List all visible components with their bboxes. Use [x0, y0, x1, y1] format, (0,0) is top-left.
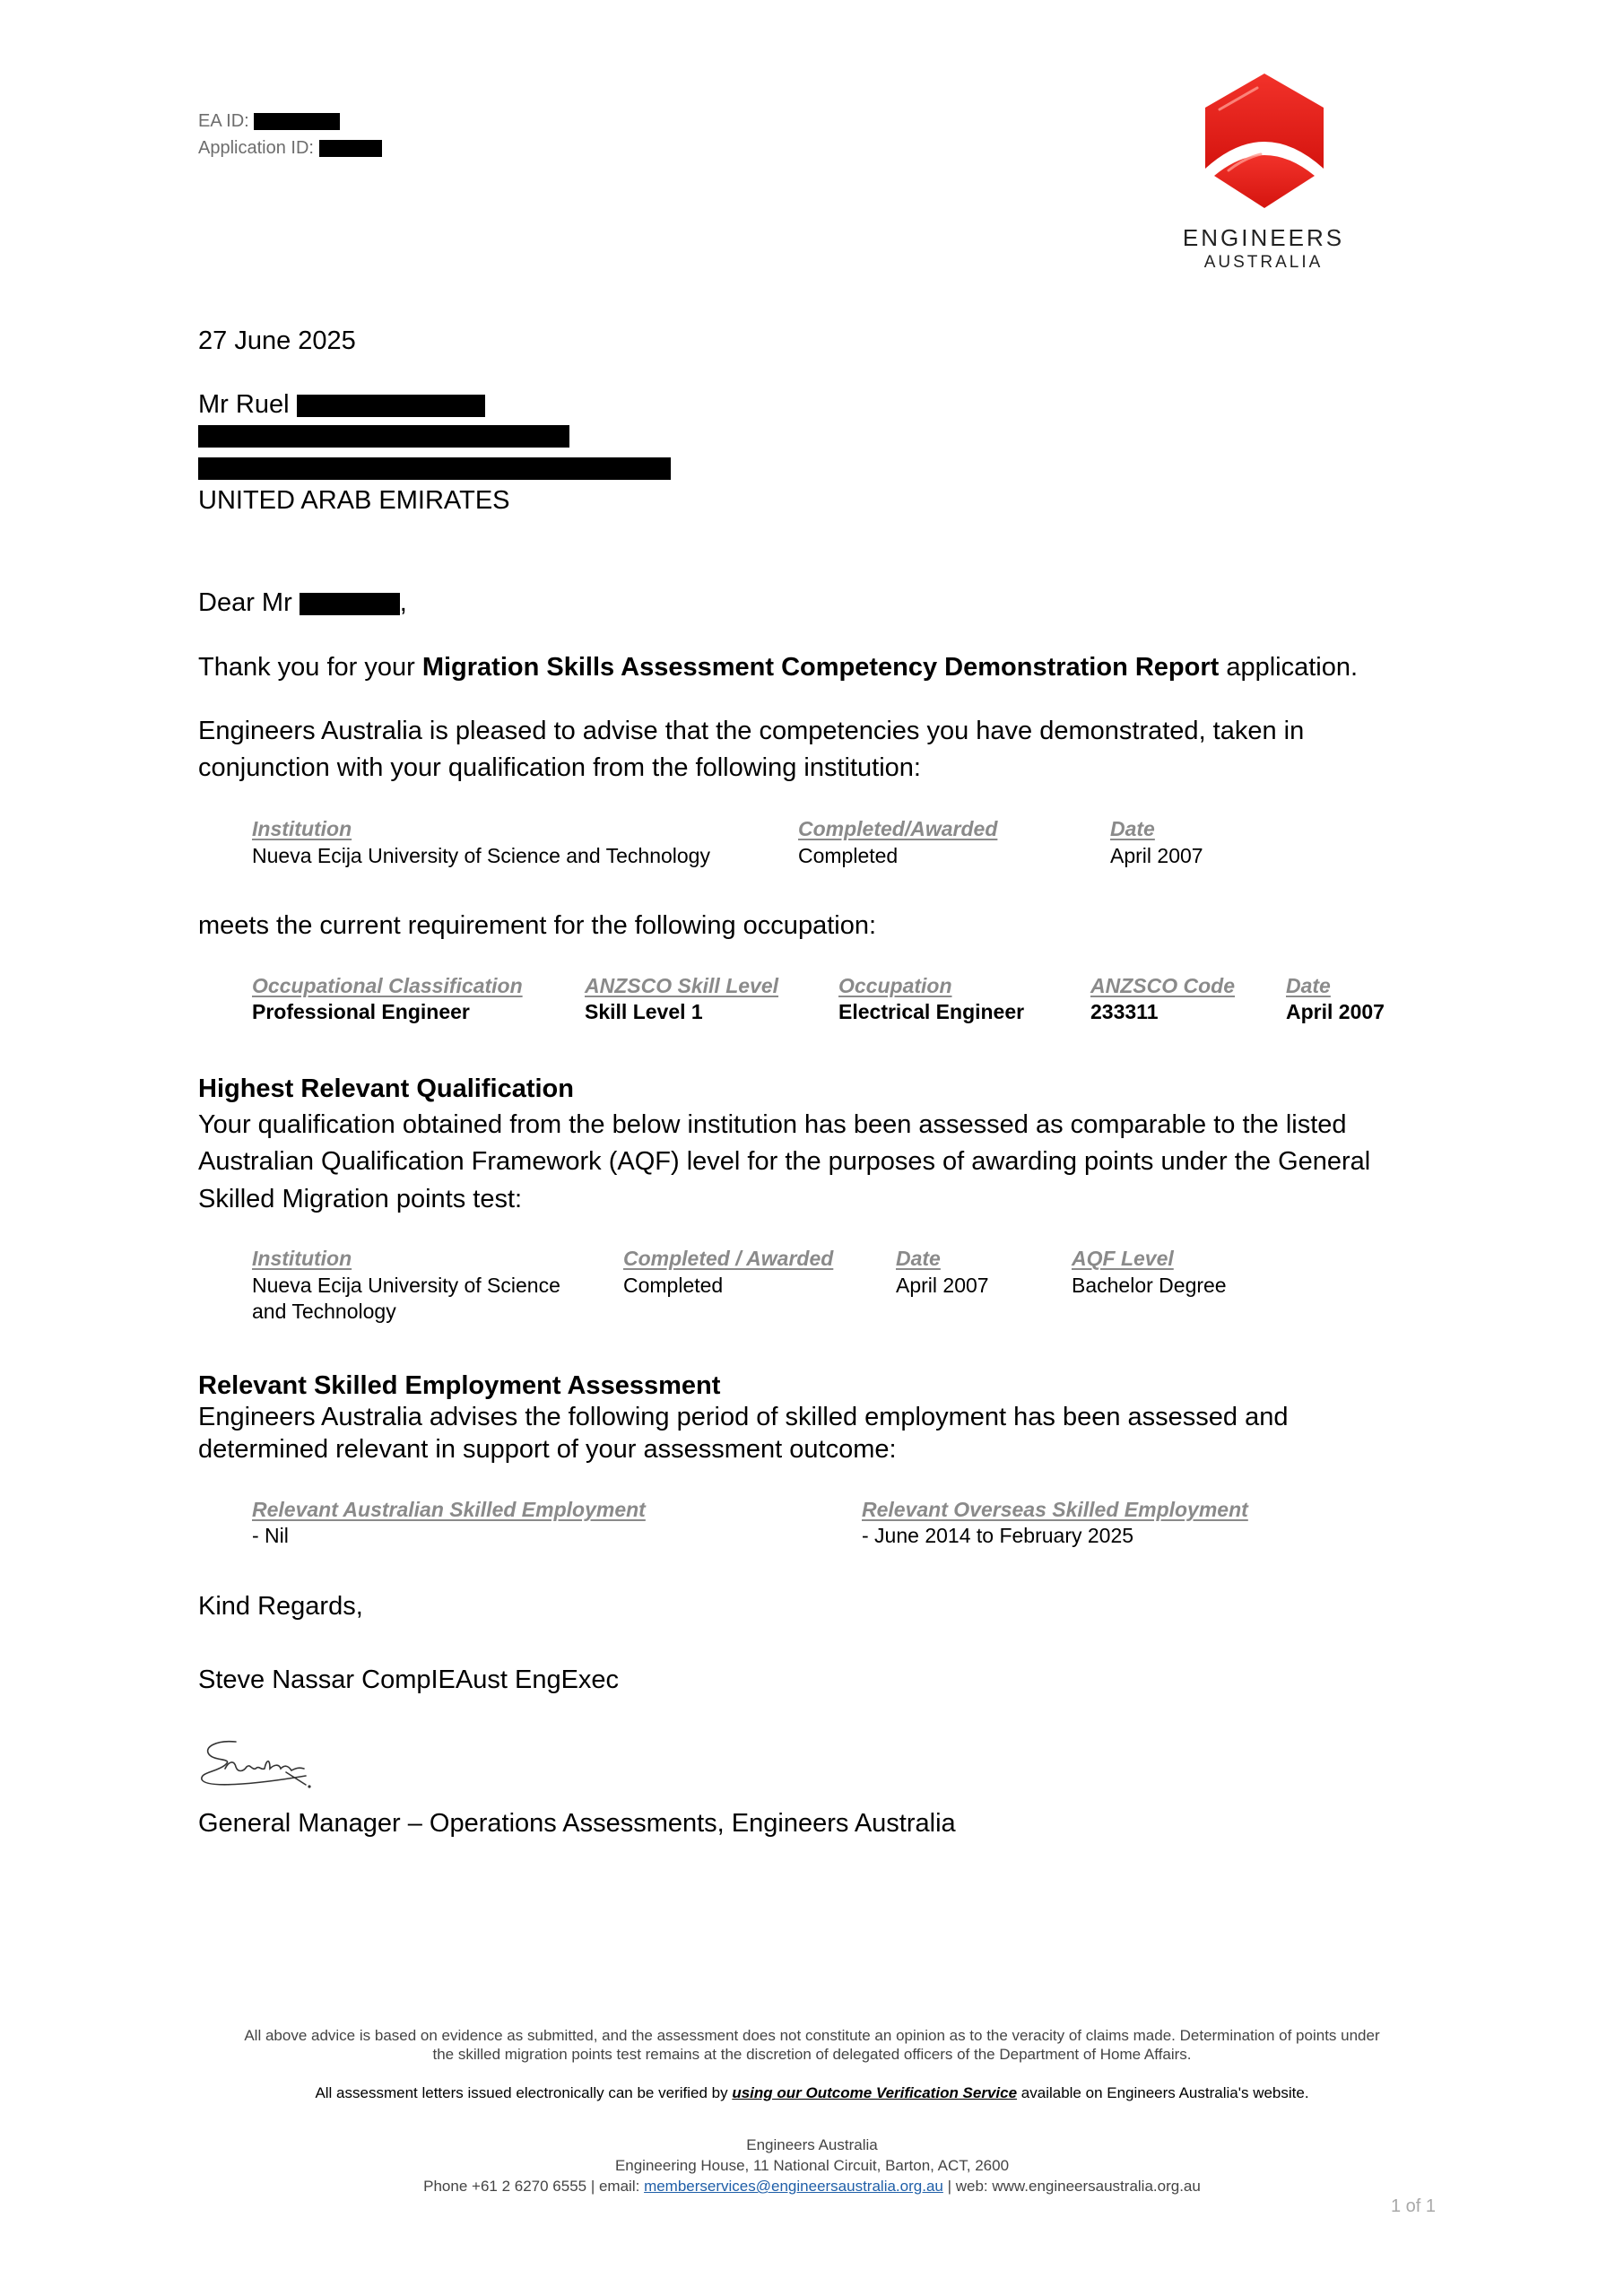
- hrq-institution-line1: Nueva Ecija University of Science: [252, 1273, 560, 1299]
- verification-note: All assessment letters issued electronic…: [0, 2084, 1624, 2102]
- logo-wordmark-australia: AUSTRALIA: [1204, 253, 1324, 273]
- redacted-ea-id: [254, 113, 340, 130]
- col-header-completed: Completed/Awarded: [798, 817, 997, 841]
- occupation-date: April 2007: [1286, 999, 1385, 1025]
- skill-level: Skill Level 1: [585, 999, 703, 1025]
- recipient-name: Mr Ruel: [198, 390, 290, 419]
- col-header-occupation: Occupation: [838, 974, 952, 998]
- paragraph-line: Engineers Australia advises the followin…: [198, 1402, 1289, 1432]
- footer-address: Engineering House, 11 National Circuit, …: [0, 2157, 1624, 2175]
- closing: Kind Regards,: [198, 1591, 363, 1622]
- col-header-australian-employment: Relevant Australian Skilled Employment: [252, 1498, 646, 1522]
- engineers-australia-logo-icon: [1202, 72, 1327, 211]
- salutation-suffix: ,: [400, 588, 407, 617]
- page-number: 1 of 1: [1391, 2196, 1436, 2217]
- paragraph-line: determined relevant in support of your a…: [198, 1434, 897, 1465]
- meets-requirement-text: meets the current requirement for the fo…: [198, 910, 876, 941]
- salutation: Dear Mr ,: [198, 587, 407, 618]
- institution-name: Nueva Ecija University of Science and Te…: [252, 843, 710, 869]
- disclaimer-line: the skilled migration points test remain…: [0, 2046, 1624, 2064]
- paragraph-line: Australian Qualification Framework (AQF)…: [198, 1146, 1370, 1177]
- paragraph-line: Skilled Migration points test:: [198, 1184, 522, 1214]
- col-header-date: Date: [1110, 817, 1155, 841]
- section-title-rsea: Relevant Skilled Employment Assessment: [198, 1371, 720, 1401]
- col-header-overseas-employment: Relevant Overseas Skilled Employment: [862, 1498, 1248, 1522]
- redacted-salutation-name: [300, 593, 400, 615]
- hrq-institution-line2: and Technology: [252, 1299, 396, 1325]
- application-id-label: Application ID:: [198, 138, 314, 158]
- recipient-country: UNITED ARAB EMIRATES: [198, 485, 510, 516]
- hrq-completed: Completed: [623, 1273, 723, 1299]
- intro-paragraph: Thank you for your Migration Skills Asse…: [198, 652, 1358, 683]
- col-header-aqf-level: AQF Level: [1072, 1247, 1174, 1271]
- hrq-aqf-level: Bachelor Degree: [1072, 1273, 1227, 1299]
- verify-suffix: available on Engineers Australia's websi…: [1017, 2084, 1309, 2101]
- australian-employment-value: - Nil: [252, 1523, 289, 1549]
- col-header-skill-level: ANZSCO Skill Level: [585, 974, 778, 998]
- phone-text: Phone +61 2 6270 6555 | email:: [423, 2178, 644, 2195]
- footer-org-name: Engineers Australia: [0, 2136, 1624, 2154]
- application-type: Migration Skills Assessment Competency D…: [422, 653, 1219, 682]
- logo-wordmark-engineers: ENGINEERS: [1183, 224, 1344, 252]
- redacted-surname: [297, 395, 485, 417]
- occupation: Electrical Engineer: [838, 999, 1024, 1025]
- overseas-employment-value: - June 2014 to February 2025: [862, 1523, 1133, 1549]
- redacted-application-id: [319, 140, 382, 157]
- intro-prefix: Thank you for your: [198, 653, 422, 682]
- recipient-name-line: Mr Ruel: [198, 389, 485, 420]
- col-header-date: Date: [1286, 974, 1331, 998]
- redacted-address-line-1: [198, 425, 569, 448]
- col-header-institution: Institution: [252, 1247, 352, 1271]
- ea-id-line: EA ID:: [198, 111, 340, 132]
- col-header-institution: Institution: [252, 817, 352, 841]
- application-id-line: Application ID:: [198, 138, 382, 159]
- paragraph-line: Your qualification obtained from the bel…: [198, 1109, 1347, 1140]
- letter-date: 27 June 2025: [198, 326, 356, 356]
- col-header-date: Date: [896, 1247, 941, 1271]
- col-header-occupational-classification: Occupational Classification: [252, 974, 523, 998]
- footer-contact: Phone +61 2 6270 6555 | email: memberser…: [0, 2178, 1624, 2196]
- completion-status: Completed: [798, 843, 898, 869]
- verify-prefix: All assessment letters issued electronic…: [315, 2084, 732, 2101]
- redacted-address-line-2: [198, 457, 671, 480]
- col-header-completed: Completed / Awarded: [623, 1247, 833, 1271]
- completion-date: April 2007: [1110, 843, 1203, 869]
- signatory-title: General Manager – Operations Assessments…: [198, 1808, 956, 1839]
- occupational-classification: Professional Engineer: [252, 999, 470, 1025]
- outcome-verification-link[interactable]: using our Outcome Verification Service: [732, 2084, 1017, 2101]
- anzsco-code: 233311: [1090, 999, 1158, 1025]
- hrq-date: April 2007: [896, 1273, 989, 1299]
- col-header-anzsco-code: ANZSCO Code: [1090, 974, 1235, 998]
- intro-suffix: application.: [1219, 653, 1358, 682]
- paragraph-line: conjunction with your qualification from…: [198, 752, 921, 783]
- signatory-name: Steve Nassar CompIEAust EngExec: [198, 1665, 619, 1695]
- ea-id-label: EA ID:: [198, 111, 249, 131]
- disclaimer-line: All above advice is based on evidence as…: [0, 2027, 1624, 2045]
- email-link[interactable]: memberservices@engineersaustralia.org.au: [644, 2178, 943, 2195]
- salutation-prefix: Dear Mr: [198, 588, 292, 617]
- web-text: | web: www.engineersaustralia.org.au: [943, 2178, 1201, 2195]
- signature-icon: [198, 1738, 333, 1796]
- paragraph-line: Engineers Australia is pleased to advise…: [198, 716, 1304, 746]
- section-title-hrq: Highest Relevant Qualification: [198, 1074, 574, 1104]
